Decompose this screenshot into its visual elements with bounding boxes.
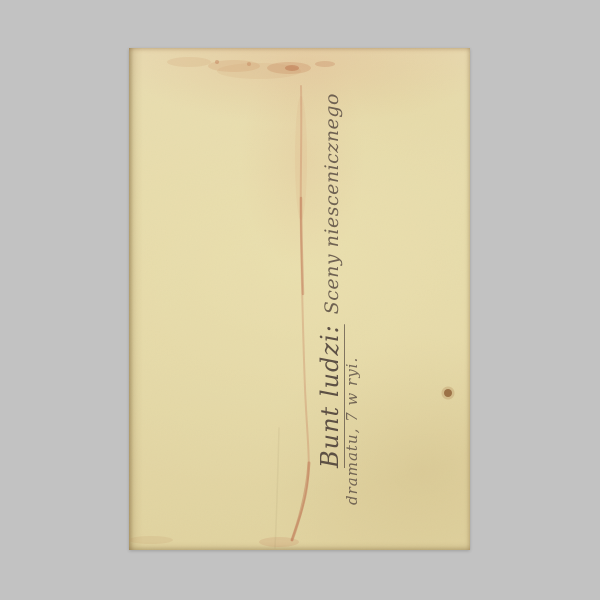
brown-spot [442,387,455,400]
manuscript-page: Bunt ludzi:Sceny niescenicznego dramatu,… [129,48,470,550]
scan-background: Bunt ludzi:Sceny niescenicznego dramatu,… [0,0,600,600]
paper-stains [129,48,470,550]
handwritten-subtitle-line: dramatu, 7 w ryi. [340,270,364,505]
